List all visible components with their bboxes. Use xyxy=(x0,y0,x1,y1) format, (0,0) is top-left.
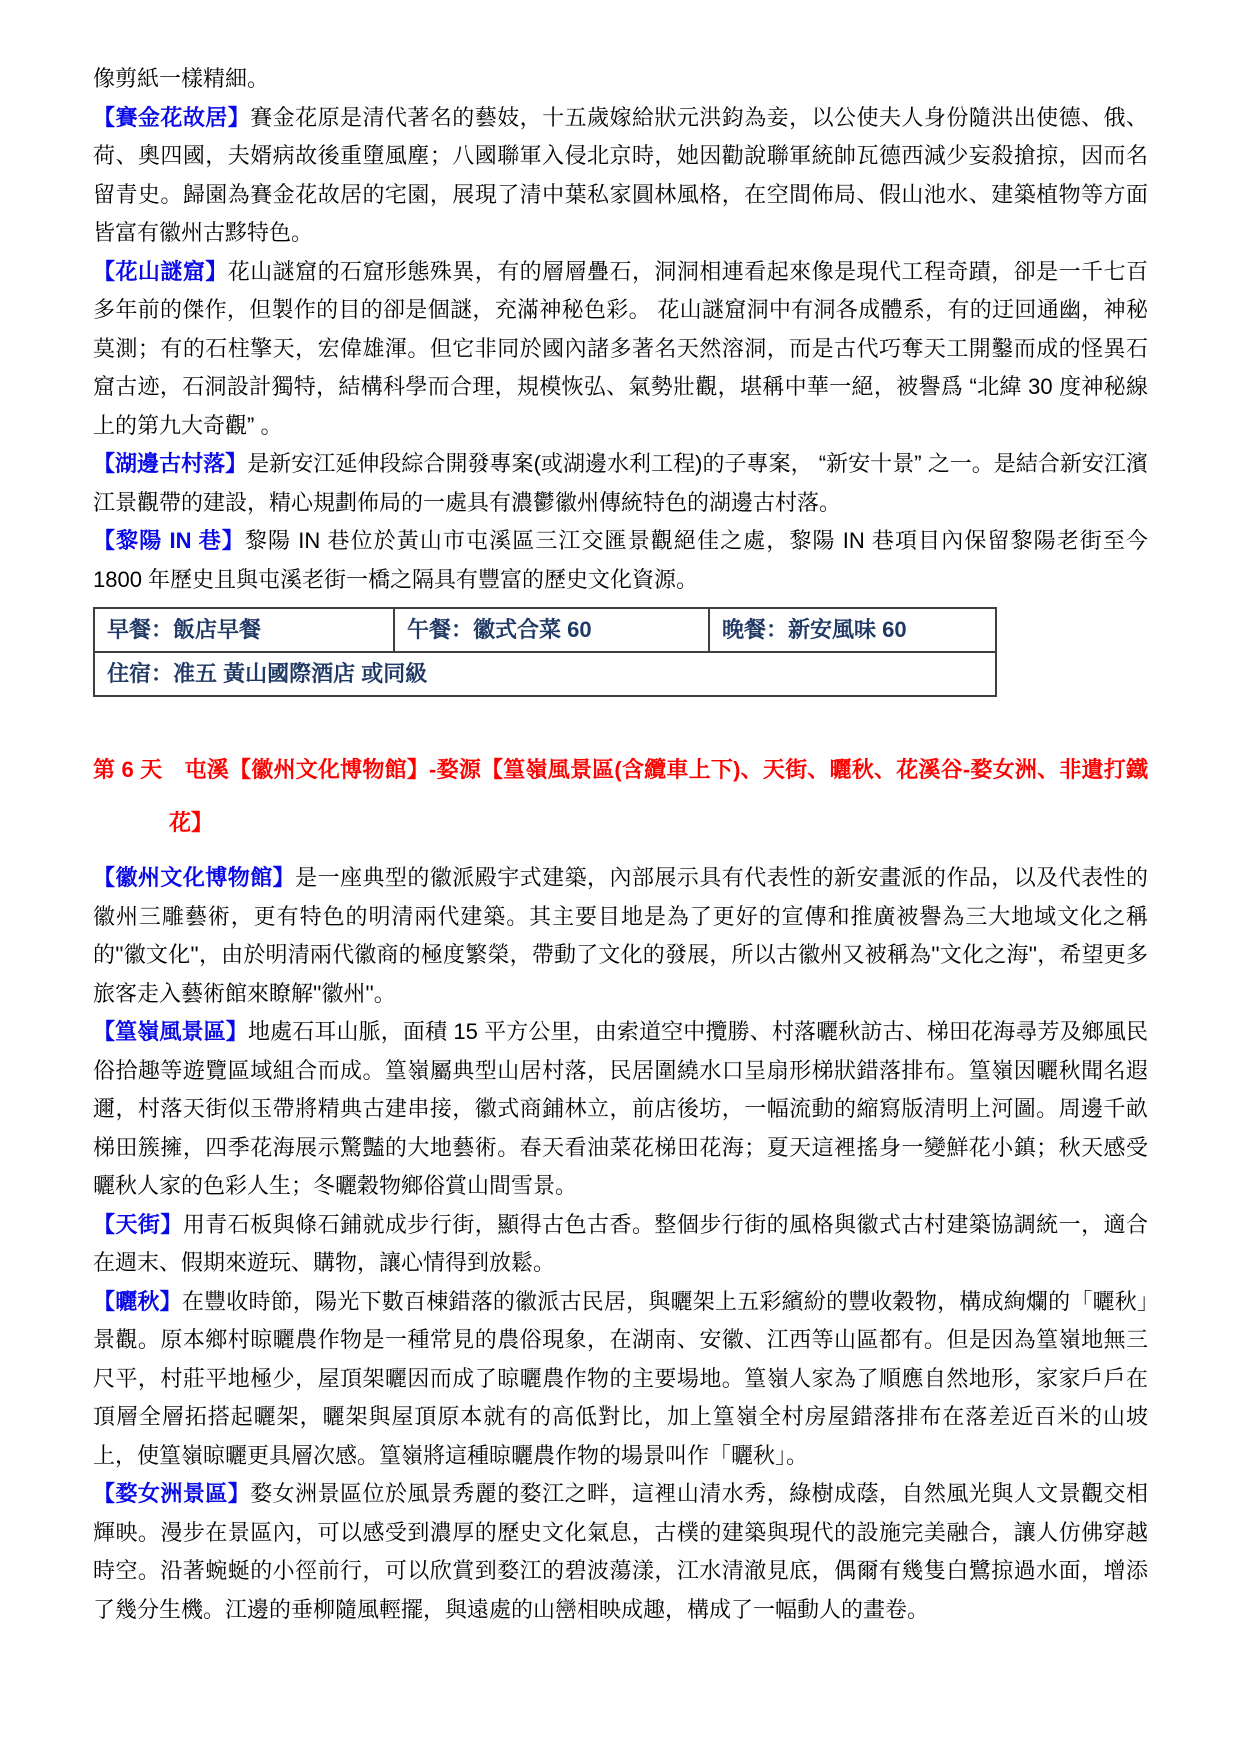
section-liyang-in-lane: 【黎陽 IN 巷】黎陽 IN 巷位於黃山市屯溪區三江交匯景觀絕佳之處，黎陽 IN… xyxy=(93,522,1148,599)
section-body: 黎陽 IN 巷位於黃山市屯溪區三江交匯景觀絕佳之處，黎陽 IN 巷項目內保留黎陽… xyxy=(93,528,1148,592)
section-saijinhua-residence: 【賽金花故居】賽金花原是清代著名的藝妓，十五歲嫁給狀元洪鈞為妾，以公使夫人身份隨… xyxy=(93,99,1148,253)
meal-row: 早餐：飯店早餐 午餐：徽式合菜 60 晚餐：新安風味 60 xyxy=(94,608,996,652)
meal-table: 早餐：飯店早餐 午餐：徽式合菜 60 晚餐：新安風味 60 住宿：准五 黃山國際… xyxy=(93,607,997,697)
lodging-row: 住宿：准五 黃山國際酒店 或同級 xyxy=(94,652,996,696)
section-title: 【婺女洲景區】 xyxy=(93,1481,250,1506)
section-huizhou-culture-museum: 【徽州文化博物館】是一座典型的徽派殿宇式建築，內部展示具有代表性的新安畫派的作品… xyxy=(93,859,1148,1013)
section-body: 是新安江延伸段綜合開發專案(或湖邊水利工程)的子專案， “新安十景” 之一。是結… xyxy=(93,451,1148,515)
section-title: 【徽州文化博物館】 xyxy=(93,865,295,890)
section-tianjie-street: 【天街】用青石板與條石鋪就成步行街，顯得古色古香。整個步行街的風格與徽式古村建築… xyxy=(93,1206,1148,1283)
section-body: 地處石耳山脈，面積 15 平方公里，由索道空中攬勝、村落曬秋訪古、梯田花海尋芳及… xyxy=(93,1019,1148,1198)
section-huangling-scenic-area: 【篁嶺風景區】地處石耳山脈，面積 15 平方公里，由索道空中攬勝、村落曬秋訪古、… xyxy=(93,1013,1148,1206)
intro-paragraph: 像剪紙一樣精細。 xyxy=(93,60,1148,99)
section-body: 賽金花原是清代著名的藝妓，十五歲嫁給狀元洪鈞為妾，以公使夫人身份隨洪出使德、俄、… xyxy=(93,105,1148,246)
section-lakeside-village: 【湖邊古村落】是新安江延伸段綜合開發專案(或湖邊水利工程)的子專案， “新安十景… xyxy=(93,445,1148,522)
section-body: 婺女洲景區位於風景秀麗的婺江之畔，這裡山清水秀，綠樹成蔭，自然風光與人文景觀交相… xyxy=(93,1481,1148,1622)
section-body: 用青石板與條石鋪就成步行街，顯得古色古香。整個步行街的風格與徽式古村建築協調統一… xyxy=(93,1212,1148,1276)
section-title: 【天街】 xyxy=(93,1212,183,1237)
lunch-cell: 午餐：徽式合菜 60 xyxy=(394,608,709,652)
breakfast-cell: 早餐：飯店早餐 xyxy=(94,608,394,652)
section-body: 在豐收時節，陽光下數百棟錯落的徽派古民居，與曬架上五彩繽紛的豐收穀物，構成絢爛的… xyxy=(93,1289,1148,1468)
section-title: 【花山謎窟】 xyxy=(93,259,228,284)
section-wunvzhou-scenic-area: 【婺女洲景區】婺女洲景區位於風景秀麗的婺江之畔，這裡山清水秀，綠樹成蔭，自然風光… xyxy=(93,1475,1148,1629)
section-body: 花山謎窟的石窟形態殊異，有的層層疊石，洞洞相連看起來像是現代工程奇蹟，卻是一千七… xyxy=(93,259,1148,438)
day-6-header: 第 6 天 屯溪【徽州文化博物館】-婺源【篁嶺風景區(含纜車上下)、天街、曬秋、… xyxy=(93,743,1148,849)
section-shaiqiu: 【曬秋】在豐收時節，陽光下數百棟錯落的徽派古民居，與曬架上五彩繽紛的豐收穀物，構… xyxy=(93,1283,1148,1476)
dinner-cell: 晚餐：新安風味 60 xyxy=(709,608,996,652)
section-huashan-caves: 【花山謎窟】花山謎窟的石窟形態殊異，有的層層疊石，洞洞相連看起來像是現代工程奇蹟… xyxy=(93,253,1148,446)
section-title: 【湖邊古村落】 xyxy=(93,451,247,476)
section-title: 【篁嶺風景區】 xyxy=(93,1019,248,1044)
lodging-cell: 住宿：准五 黃山國際酒店 或同級 xyxy=(94,652,996,696)
section-title: 【黎陽 IN 巷】 xyxy=(93,528,245,553)
itinerary-document-page: 像剪紙一樣精細。 【賽金花故居】賽金花原是清代著名的藝妓，十五歲嫁給狀元洪鈞為妾… xyxy=(0,0,1241,1755)
section-title: 【曬秋】 xyxy=(93,1289,182,1314)
section-title: 【賽金花故居】 xyxy=(93,105,250,130)
